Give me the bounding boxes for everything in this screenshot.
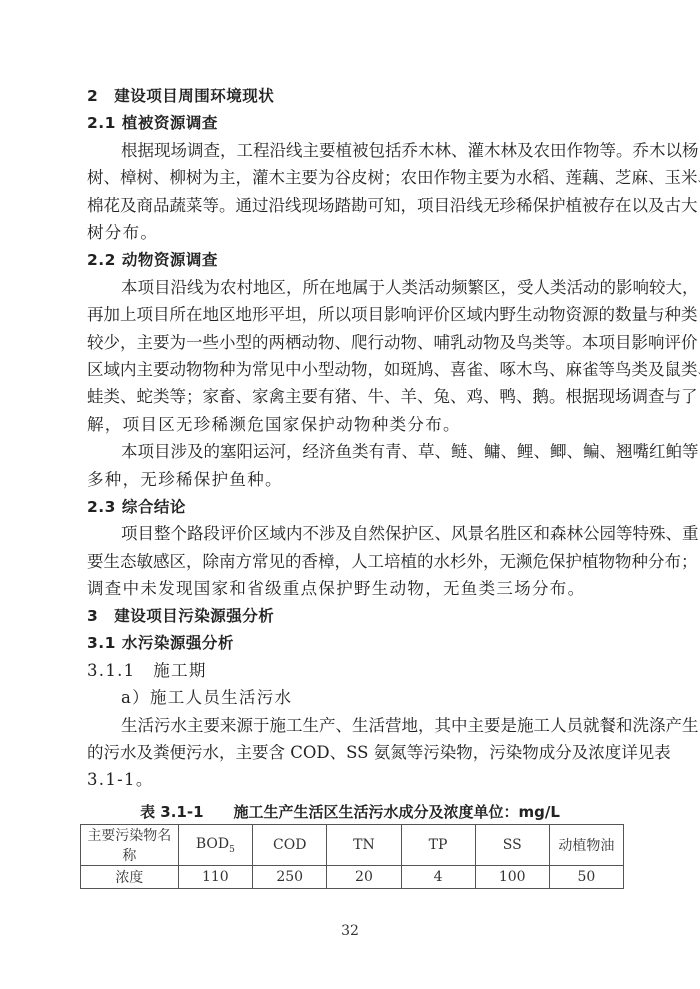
pollutant-table: 主要污染物名称 BOD5 COD TN TP SS 动植物油 浓度 110 25…: [80, 824, 624, 889]
table-header-cell: TN: [327, 825, 401, 866]
paragraph-line: 的污水及粪便污水，主要含 COD、SS 氨氮等污染物，污染物成分及浓度详见表: [87, 743, 613, 763]
section-3-1-heading: 3.1 水污染源强分析: [87, 633, 613, 653]
table-cell: 100: [475, 866, 549, 889]
table-header-cell: 动植物油: [549, 825, 623, 866]
table-header-cell: COD: [253, 825, 327, 866]
paragraph-line: 3.1-1。: [87, 770, 613, 790]
paragraph-line: 较少，主要为一些小型的两栖动物、爬行动物、哺乳动物及鸟类等。本项目影响评价: [87, 333, 613, 353]
paragraph-line: 调查中未发现国家和省级重点保护野生动物，无鱼类三场分布。: [87, 579, 613, 599]
paragraph-line: 生活污水主要来源于施工生产、生活营地，其中主要是施工人员就餐和洗涤产生: [121, 716, 613, 736]
paragraph-line: 本项目涉及的塞阳运河，经济鱼类有青、草、鲢、鳙、鲤、鲫、鳊、翘嘴红鲌等: [121, 442, 613, 462]
table-row: 浓度 110 250 20 4 100 50: [81, 866, 624, 889]
table-cell: 浓度: [81, 866, 179, 889]
table-cell: 110: [178, 866, 252, 889]
section-2-heading: 2 建设项目周围环境现状: [87, 86, 613, 106]
paragraph-line: 树、樟树、柳树为主，灌木主要为谷皮树；农田作物主要为水稻、莲藕、芝麻、玉米、: [87, 168, 613, 188]
table-cell: 20: [327, 866, 401, 889]
table-cell: 50: [549, 866, 623, 889]
table-cell: 250: [253, 866, 327, 889]
document-page: 2 建设项目周围环境现状 2.1 植被资源调查 根据现场调查，工程沿线主要植被包…: [0, 0, 700, 989]
section-3-heading: 3 建设项目污染源强分析: [87, 606, 613, 626]
table-header-row: 主要污染物名称 BOD5 COD TN TP SS 动植物油: [81, 825, 624, 866]
section-3-1-1-heading: 3.1.1 施工期: [87, 661, 613, 681]
paragraph-line: 多种，无珍稀保护鱼种。: [87, 470, 613, 490]
page-number: 32: [0, 923, 700, 939]
paragraph-line: 要生态敏感区，除南方常见的香樟，人工培植的水杉外，无濒危保护植物物种分布；: [87, 552, 613, 572]
paragraph-line: 本项目沿线为农村地区，所在地属于人类活动频繁区，受人类活动的影响较大，: [121, 278, 613, 298]
subsection-a-heading: a）施工人员生活污水: [121, 688, 613, 708]
paragraph-line: 再加上项目所在地区地形平坦，所以项目影响评价区域内野生动物资源的数量与种类: [87, 305, 613, 325]
section-2-1-heading: 2.1 植被资源调查: [87, 113, 613, 133]
table-header-cell: BOD5: [178, 825, 252, 866]
paragraph-line: 蛙类、蛇类等；家畜、家禽主要有猪、牛、羊、兔、鸡、鸭、鹅。根据现场调查与了: [87, 387, 613, 407]
section-2-2-heading: 2.2 动物资源调查: [87, 250, 613, 270]
table-header-cell: TP: [401, 825, 475, 866]
section-2-3-heading: 2.3 综合结论: [87, 497, 613, 517]
table-header-cell: SS: [475, 825, 549, 866]
paragraph-line: 项目整个路段评价区域内不涉及自然保护区、风景名胜区和森林公园等特殊、重: [121, 524, 613, 544]
table-cell: 4: [401, 866, 475, 889]
paragraph-line: 树分布。: [87, 223, 613, 243]
paragraph-line: 棉花及商品蔬菜等。通过沿线现场踏勘可知，项目沿线无珍稀保护植被存在以及古大: [87, 196, 613, 216]
paragraph-line: 区域内主要动物物种为常见中小型动物，如斑鸠、喜雀、啄木鸟、麻雀等鸟类及鼠类、: [87, 360, 613, 380]
table-header-cell: 主要污染物名称: [81, 825, 179, 866]
table-caption: 表 3.1-1 施工生产生活区生活污水成分及浓度单位：mg/L: [0, 801, 700, 822]
paragraph-line: 解，项目区无珍稀濒危国家保护动物种类分布。: [87, 415, 613, 435]
paragraph-line: 根据现场调查，工程沿线主要植被包括乔木林、灌木林及农田作物等。乔木以杨: [121, 141, 613, 161]
